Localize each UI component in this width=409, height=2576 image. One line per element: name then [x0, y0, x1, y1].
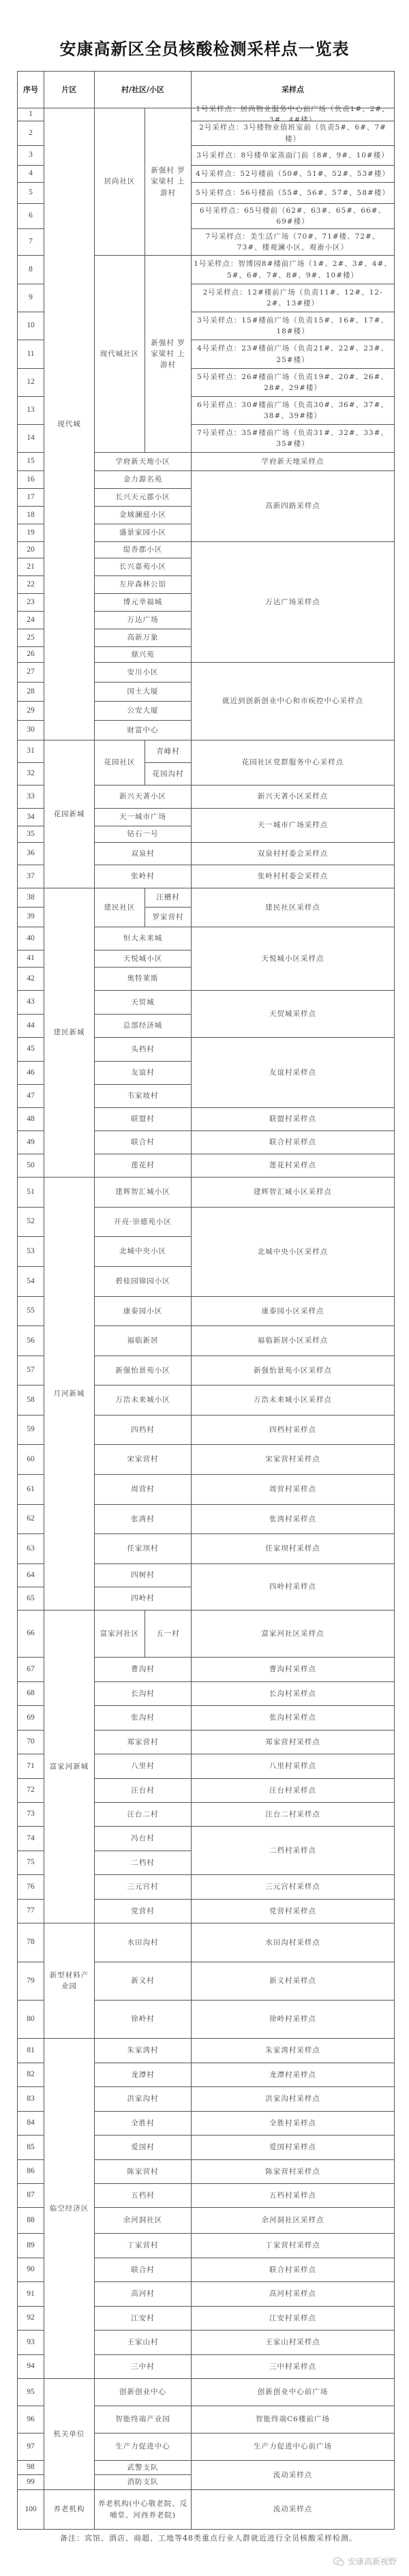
site-cell: 联盟村采样点: [191, 1107, 395, 1131]
site-cell: 洪家沟村采样点: [191, 2086, 395, 2112]
site-cell: 5号采样点：26#楼前广场（负责19#、20#、26#、28#、29#楼）: [191, 368, 395, 397]
village-cell: 五档村: [94, 2183, 192, 2208]
village-cell: 全胜村: [94, 2111, 192, 2136]
page-title: 安康高新区全员核酸检测采样点一览表: [0, 35, 409, 59]
row-seq: 29: [17, 701, 44, 721]
row-seq: 87: [17, 2183, 44, 2208]
site-cell: 4号采样点：52号楼前（50#、51#、52#、53#楼）: [191, 165, 395, 183]
row-seq: 90: [17, 2258, 44, 2282]
row-seq: 86: [17, 2159, 44, 2184]
area-cell: 新型材料产业园: [44, 1923, 95, 2039]
village-cell: 徐岭村: [94, 2000, 192, 2039]
row-seq: 62: [17, 1504, 44, 1534]
village-cell: 武警支队: [94, 2460, 192, 2475]
village-cell: 学府新天地小区: [94, 452, 192, 471]
village-sub-cell: 花园沟村: [145, 762, 192, 785]
site-cell: 龙潭村采样点: [191, 2063, 395, 2087]
village-cell: 万浩未来城小区: [94, 1385, 192, 1416]
site-cell: 福临新居小区采样点: [191, 1326, 395, 1356]
village-cell: 奥特莱斯: [94, 967, 192, 991]
row-seq: 85: [17, 2135, 44, 2160]
village-cell: 任家坝村: [94, 1533, 192, 1564]
village-cell: 财富中心: [94, 720, 192, 740]
row-seq: 98: [17, 2460, 44, 2475]
village-cell: 鼎兴苑: [94, 646, 192, 663]
site-cell: 高河村采样点: [191, 2281, 395, 2307]
watermark: 安康高新视野: [333, 2556, 397, 2567]
site-cell: 新兴天著小区采样点: [191, 785, 395, 809]
row-seq: 38: [17, 888, 44, 908]
row-seq: 15: [17, 452, 44, 471]
site-cell: 生产力促进中心前广场: [191, 2433, 395, 2461]
row-seq: 9: [17, 284, 44, 312]
village-sub-cell: 青峰村: [145, 740, 192, 763]
site-cell: 3号采样点：8号楼单家蒸面门前（8#、9#、10#楼）: [191, 145, 395, 166]
row-seq: 45: [17, 1037, 44, 1062]
site-cell: 1号采样点：居尚物业服务中心前广场（负责1#、2#、3#、4#楼）: [191, 108, 395, 121]
row-seq: 99: [17, 2474, 44, 2490]
site-cell: 2号采样点：3号楼物业值班室前（负责5#、6#、7#楼）: [191, 121, 395, 146]
row-seq: 88: [17, 2207, 44, 2234]
row-seq: 23: [17, 593, 44, 612]
row-seq: 47: [17, 1084, 44, 1108]
row-seq: 76: [17, 1874, 44, 1900]
site-cell: 北城中央小区采样点: [191, 1207, 395, 1297]
village-cell: 王家山村: [94, 2330, 192, 2355]
row-seq: 95: [17, 2378, 44, 2406]
site-cell: 曹沟村采样点: [191, 1657, 395, 1682]
village-cell: 四岭村: [94, 1587, 192, 1611]
row-seq: 27: [17, 662, 44, 683]
village-cell: 养老机构(中心敬老院、反哺堂、河西养老院): [94, 2489, 192, 2530]
row-seq: 66: [17, 1610, 44, 1658]
row-seq: 31: [17, 740, 44, 763]
site-cell: 二档村采样点: [191, 1826, 395, 1875]
row-seq: 13: [17, 396, 44, 425]
community-cell: 富家河社区: [94, 1610, 145, 1658]
row-seq: 42: [17, 967, 44, 991]
site-cell: 汪台二村采样点: [191, 1802, 395, 1827]
village-cell: 陈家营村: [94, 2159, 192, 2184]
row-seq: 35: [17, 826, 44, 843]
village-cell: 缇香郡小区: [94, 541, 192, 558]
village-cell: 北城中央小区: [94, 1236, 192, 1267]
village-cell: 郑家营村: [94, 1730, 192, 1754]
village-cell: 洪家沟村: [94, 2086, 192, 2112]
site-cell: 天贸城采样点: [191, 990, 395, 1038]
row-seq: 50: [17, 1154, 44, 1178]
row-seq: 16: [17, 470, 44, 489]
row-seq: 57: [17, 1356, 44, 1386]
row-seq: 92: [17, 2306, 44, 2331]
row-seq: 65: [17, 1587, 44, 1611]
village-cell: 开亮·崇德苑小区: [94, 1207, 192, 1237]
site-cell: 任家坝村采样点: [191, 1533, 395, 1564]
row-seq: 68: [17, 1681, 44, 1706]
site-cell: 天一城市广场采样点: [191, 808, 395, 843]
village-cell: 八里村: [94, 1754, 192, 1779]
row-seq: 71: [17, 1754, 44, 1779]
row-seq: 43: [17, 990, 44, 1015]
site-cell: 郑家营村采样点: [191, 1730, 395, 1754]
site-cell: 3号采样点：15#楼前广场（负责15#、16#、17#、18#楼）: [191, 312, 395, 340]
row-seq: 58: [17, 1385, 44, 1416]
site-cell: 流动采样点: [191, 2489, 395, 2530]
village-cell: 钻石一号: [94, 826, 192, 843]
footnote: 备注：宾馆、酒店、商超、工地等48类重点行业人群就近进行全员核酸采样检测。: [40, 2532, 380, 2545]
site-cell: 建民社区采样点: [191, 888, 395, 927]
village-sub-cell: 新强村 罗家梁村 上游村: [145, 108, 192, 256]
header-area: 片区: [44, 71, 95, 108]
site-cell: 四岭村采样点: [191, 1563, 395, 1611]
community-cell: 花园社区: [94, 740, 145, 785]
village-cell: 天贸城: [94, 990, 192, 1015]
village-cell: 张岭村: [94, 865, 192, 888]
row-seq: 74: [17, 1826, 44, 1851]
village-cell: 双泉村: [94, 842, 192, 865]
village-cell: 宋家营村: [94, 1444, 192, 1475]
row-seq: 26: [17, 646, 44, 663]
village-cell: 丁家营村: [94, 2233, 192, 2258]
site-cell: 陈家营村采样点: [191, 2159, 395, 2184]
village-sub-cell: 新强村 罗家梁村 上游村: [145, 255, 192, 453]
site-cell: 智能终端C6楼前广场: [191, 2406, 395, 2433]
row-seq: 61: [17, 1474, 44, 1505]
village-cell: 总部经济城: [94, 1014, 192, 1038]
site-cell: 建辉智汇城小区采样点: [191, 1177, 395, 1208]
site-cell: 张湾村采样点: [191, 1504, 395, 1534]
site-cell: 1号采样点：智博园8#楼前广场（1#、2#、3#、4#、5#、6#、7#、8#、…: [191, 255, 395, 284]
village-cell: 金力源名苑: [94, 470, 192, 489]
row-seq: 75: [17, 1851, 44, 1875]
area-cell: 月河新城: [44, 1177, 95, 1611]
village-cell: 三元宫村: [94, 1874, 192, 1900]
site-cell: 党营村采样点: [191, 1899, 395, 1923]
village-cell: 友谊村: [94, 1061, 192, 1085]
village-cell: 汪台村: [94, 1778, 192, 1803]
site-cell: 爱国村采样点: [191, 2135, 395, 2160]
site-cell: 水田沟村采样点: [191, 1923, 395, 1962]
row-seq: 7: [17, 228, 44, 256]
site-cell: 朱家湾村采样点: [191, 2038, 395, 2063]
row-seq: 14: [17, 424, 44, 453]
site-cell: 三元宫村采样点: [191, 1874, 395, 1900]
site-cell: 江安村采样点: [191, 2306, 395, 2331]
village-cell: 长兴天元郡小区: [94, 488, 192, 507]
village-cell: 四档村: [94, 1415, 192, 1445]
village-sub-cell: 五一村: [145, 1610, 192, 1658]
village-cell: 新强怡景苑小区: [94, 1356, 192, 1386]
row-seq: 44: [17, 1014, 44, 1038]
village-cell: 盛景家园小区: [94, 524, 192, 542]
site-cell: 就近到创新创业中心和市疾控中心采样点: [191, 662, 395, 740]
row-seq: 70: [17, 1730, 44, 1754]
row-seq: 72: [17, 1778, 44, 1803]
row-seq: 4: [17, 165, 44, 183]
village-cell: 江安村: [94, 2306, 192, 2331]
site-cell: 八里村采样点: [191, 1754, 395, 1779]
row-seq: 17: [17, 488, 44, 507]
row-seq: 63: [17, 1533, 44, 1564]
site-cell: 莲花村采样点: [191, 1154, 395, 1178]
row-seq: 49: [17, 1130, 44, 1154]
village-cell: 左岸森林公馆: [94, 575, 192, 594]
village-cell: 张湾村: [94, 1504, 192, 1534]
village-cell: 万达广场: [94, 611, 192, 629]
village-cell: 福临新居: [94, 1326, 192, 1356]
row-seq: 91: [17, 2281, 44, 2307]
area-cell: 建民新城: [44, 888, 95, 1178]
row-seq: 19: [17, 524, 44, 542]
village-cell: 创新创业中心: [94, 2378, 192, 2406]
area-cell: 花园新城: [44, 740, 95, 888]
site-cell: 汪台村采样点: [191, 1778, 395, 1803]
village-cell: 张沟村: [94, 1705, 192, 1731]
site-cell: 徐岭村采样点: [191, 2000, 395, 2039]
row-seq: 6: [17, 203, 44, 229]
village-cell: 国土大厦: [94, 682, 192, 702]
site-cell: 余河洞社区采样点: [191, 2207, 395, 2234]
row-seq: 79: [17, 1962, 44, 2001]
site-cell: 三中村采样点: [191, 2354, 395, 2379]
row-seq: 10: [17, 312, 44, 340]
village-cell: 余河洞社区: [94, 2207, 192, 2234]
row-seq: 2: [17, 121, 44, 146]
village-cell: 安川小区: [94, 662, 192, 683]
village-cell: 新义村: [94, 1962, 192, 2001]
row-seq: 33: [17, 785, 44, 809]
row-seq: 8: [17, 255, 44, 284]
village-cell: 莲花村: [94, 1154, 192, 1178]
village-cell: 碧桂园锦园小区: [94, 1266, 192, 1297]
site-cell: 张沟村采样点: [191, 1705, 395, 1731]
site-cell: 富家河社区采样点: [191, 1610, 395, 1658]
row-seq: 5: [17, 182, 44, 204]
site-cell: 全胜村采样点: [191, 2111, 395, 2136]
site-cell: 长沟村采样点: [191, 1681, 395, 1706]
site-cell: 四档村采样点: [191, 1415, 395, 1445]
village-cell: 消防支队: [94, 2474, 192, 2490]
village-cell: 联合村: [94, 1130, 192, 1154]
site-cell: 联合村采样点: [191, 2258, 395, 2282]
village-cell: 朱家湾村: [94, 2038, 192, 2063]
row-seq: 41: [17, 950, 44, 968]
site-cell: 双泉村村委会采样点: [191, 842, 395, 865]
community-cell: 建民社区: [94, 888, 145, 927]
row-seq: 100: [17, 2489, 44, 2530]
village-cell: 天一城市广场: [94, 808, 192, 826]
site-cell: 王家山村采样点: [191, 2330, 395, 2355]
row-seq: 36: [17, 842, 44, 865]
village-sub-cell: 罗家营村: [145, 907, 192, 927]
row-seq: 67: [17, 1657, 44, 1682]
site-cell: 6号采样点：30#楼前广场（负责30#、36#、37#、38#、39#楼）: [191, 396, 395, 425]
row-seq: 32: [17, 762, 44, 785]
village-cell: 龙潭村: [94, 2063, 192, 2087]
site-cell: 友谊村采样点: [191, 1037, 395, 1108]
row-seq: 56: [17, 1326, 44, 1356]
row-seq: 89: [17, 2233, 44, 2258]
row-seq: 84: [17, 2111, 44, 2136]
row-seq: 12: [17, 368, 44, 397]
site-cell: 流动采样点: [191, 2460, 395, 2490]
village-cell: 长沟村: [94, 1681, 192, 1706]
community-cell: 现代城社区: [94, 255, 145, 453]
site-cell: 学府新天地采样点: [191, 452, 395, 471]
village-cell: 三中村: [94, 2354, 192, 2379]
site-cell: 张岭村村委会采样点: [191, 865, 395, 888]
row-seq: 20: [17, 541, 44, 558]
row-seq: 55: [17, 1296, 44, 1326]
village-cell: 联盟村: [94, 1107, 192, 1131]
village-cell: 汪台二村: [94, 1802, 192, 1827]
site-cell: 花园社区党群服务中心采样点: [191, 740, 395, 785]
row-seq: 59: [17, 1415, 44, 1445]
row-seq: 30: [17, 720, 44, 740]
row-seq: 3: [17, 145, 44, 166]
row-seq: 73: [17, 1802, 44, 1827]
row-seq: 54: [17, 1266, 44, 1297]
site-cell: 4号采样点：23#楼前广场（负责21#、22#、23#、25#楼）: [191, 340, 395, 369]
village-cell: 康泰园小区: [94, 1296, 192, 1326]
village-cell: 新兴天著小区: [94, 785, 192, 809]
village-cell: 爱国村: [94, 2135, 192, 2160]
row-seq: 39: [17, 907, 44, 927]
watermark-text: 安康高新视野: [348, 2556, 397, 2567]
row-seq: 48: [17, 1107, 44, 1131]
village-cell: 高河村: [94, 2281, 192, 2307]
village-cell: 二档村: [94, 1851, 192, 1875]
village-cell: 博元幸福城: [94, 593, 192, 612]
area-cell: 临空经济区: [44, 2038, 95, 2379]
row-seq: 40: [17, 927, 44, 950]
site-cell: 天悦城小区采样点: [191, 927, 395, 991]
row-seq: 83: [17, 2086, 44, 2112]
row-seq: 25: [17, 629, 44, 647]
village-cell: 天悦城小区: [94, 950, 192, 968]
village-cell: 生产力促进中心: [94, 2433, 192, 2461]
row-seq: 22: [17, 575, 44, 594]
row-seq: 28: [17, 682, 44, 702]
site-cell: 6号采样点：65号楼前（62#、63#、65#、66#、69#楼）: [191, 203, 395, 229]
site-cell: 5号采样点：56号楼前（55#、56#、57#、58#楼）: [191, 182, 395, 204]
site-cell: 万浩未来城小区采样点: [191, 1385, 395, 1416]
village-cell: 冯台村: [94, 1826, 192, 1851]
village-cell: 恒大未来城: [94, 927, 192, 950]
row-seq: 80: [17, 2000, 44, 2039]
row-seq: 97: [17, 2433, 44, 2461]
header-seq: 序号: [17, 71, 44, 108]
row-seq: 60: [17, 1444, 44, 1475]
row-seq: 81: [17, 2038, 44, 2063]
row-seq: 93: [17, 2330, 44, 2355]
village-cell: 韦家坡村: [94, 1084, 192, 1108]
site-cell: 高新四路采样点: [191, 470, 395, 542]
village-sub-cell: 汪槽村: [145, 888, 192, 908]
row-seq: 52: [17, 1207, 44, 1237]
row-seq: 64: [17, 1563, 44, 1587]
village-cell: 联合村: [94, 2258, 192, 2282]
village-cell: 建辉智汇城小区: [94, 1177, 192, 1208]
row-seq: 11: [17, 340, 44, 369]
row-seq: 46: [17, 1061, 44, 1085]
site-cell: 康泰园小区采样点: [191, 1296, 395, 1326]
row-seq: 53: [17, 1236, 44, 1267]
header-village: 村/社区/小区: [94, 71, 192, 108]
village-cell: 公安大厦: [94, 701, 192, 721]
site-cell: 2号采样点：12#楼前广场（负责11#、12#、12-2#、13#楼）: [191, 284, 395, 312]
village-cell: 金域澜庭小区: [94, 506, 192, 524]
village-cell: 四树村: [94, 1563, 192, 1587]
row-seq: 78: [17, 1923, 44, 1962]
village-cell: 智能终端产业园: [94, 2406, 192, 2433]
site-cell: 新强怡景苑小区采样点: [191, 1356, 395, 1386]
site-cell: 五档村采样点: [191, 2183, 395, 2208]
village-cell: 周营村: [94, 1474, 192, 1505]
row-seq: 77: [17, 1899, 44, 1923]
row-seq: 24: [17, 611, 44, 629]
site-cell: 万达广场采样点: [191, 541, 395, 663]
site-cell: 7号采样点：35#楼前广场（负责31#、32#、33#、35#楼）: [191, 424, 395, 453]
site-cell: 丁家营村采样点: [191, 2233, 395, 2258]
site-cell: 联合村采样点: [191, 1130, 395, 1154]
wechat-icon: [333, 2557, 345, 2566]
community-cell: 居尚社区: [94, 108, 145, 256]
site-cell: 创新创业中心前广场: [191, 2378, 395, 2406]
row-seq: 69: [17, 1705, 44, 1731]
area-cell: 现代城: [44, 108, 95, 740]
row-seq: 34: [17, 808, 44, 826]
row-seq: 37: [17, 865, 44, 888]
village-cell: 头档村: [94, 1037, 192, 1062]
row-seq: 94: [17, 2354, 44, 2379]
site-cell: 新义村采样点: [191, 1962, 395, 2001]
row-seq: 51: [17, 1177, 44, 1208]
village-cell: 水田沟村: [94, 1923, 192, 1962]
area-cell: 机关单位: [44, 2378, 95, 2490]
site-cell: 宋家营村采样点: [191, 1444, 395, 1475]
area-cell: 富家河新城: [44, 1610, 95, 1923]
area-cell: 养老机构: [44, 2489, 95, 2530]
site-cell: 周营村采样点: [191, 1474, 395, 1505]
row-seq: 82: [17, 2063, 44, 2087]
village-cell: 高新万象: [94, 629, 192, 647]
row-seq: 96: [17, 2406, 44, 2433]
site-cell: 7号采样点：美生活广场（70#、71#楼、72#、73#、楼观澜小区、观嵛小区）: [191, 228, 395, 256]
row-seq: 1: [17, 108, 44, 121]
village-cell: 曹沟村: [94, 1657, 192, 1682]
village-cell: 党营村: [94, 1899, 192, 1923]
village-cell: 长兴嘉苑小区: [94, 558, 192, 576]
row-seq: 18: [17, 506, 44, 524]
row-seq: 21: [17, 558, 44, 576]
